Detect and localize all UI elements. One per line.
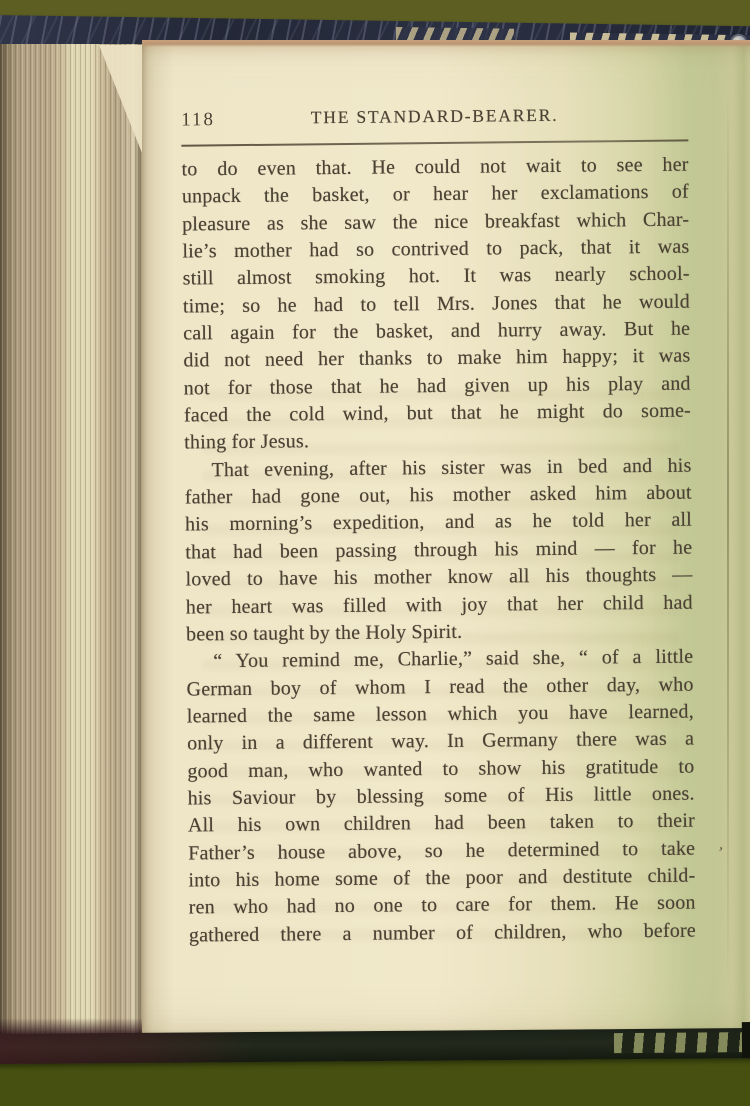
running-title: THE STANDARD-BEARER. xyxy=(311,105,559,128)
printed-content: 118 THE STANDARD-BEARER. to do even that… xyxy=(137,37,750,1039)
text-line: All his own children had been taken to t… xyxy=(188,808,695,840)
paragraph: “ You remind me, Charlie,” said she, “ o… xyxy=(186,644,696,950)
header-rule xyxy=(181,139,688,146)
page-number: 118 xyxy=(181,109,215,131)
text-line: ren who had no one to care for them. He … xyxy=(189,890,696,922)
body-text: to do even that. He could not wait to se… xyxy=(181,152,696,950)
bottom-cover-corner xyxy=(742,1022,750,1058)
paragraph: to do even that. He could not wait to se… xyxy=(181,152,691,458)
text-line: faced the cold wind, but that he might d… xyxy=(184,398,691,430)
text-line: gathered there a number of children, who… xyxy=(189,917,696,949)
text-line: her heart was filled with joy that her c… xyxy=(186,589,693,621)
text-line: loved to have his mother know all his th… xyxy=(185,562,692,594)
running-head: 118 THE STANDARD-BEARER. xyxy=(181,104,688,131)
book-page: 118 THE STANDARD-BEARER. to do even that… xyxy=(142,40,750,1036)
stray-ink-mark: ʼ xyxy=(715,843,725,864)
scanned-book-photo: 118 THE STANDARD-BEARER. to do even that… xyxy=(0,0,750,1106)
book-bottom-cover-edge xyxy=(0,1028,750,1064)
bottom-headband-stripes xyxy=(614,1032,744,1053)
text-line: “ You remind me, Charlie,” said she, “ o… xyxy=(186,644,693,676)
page-corner-fold xyxy=(99,45,142,153)
text-line: only in a different way. In Germany ther… xyxy=(187,726,694,758)
page-fore-edges xyxy=(0,44,143,1040)
paragraph: That evening, after his sister was in be… xyxy=(184,452,693,648)
